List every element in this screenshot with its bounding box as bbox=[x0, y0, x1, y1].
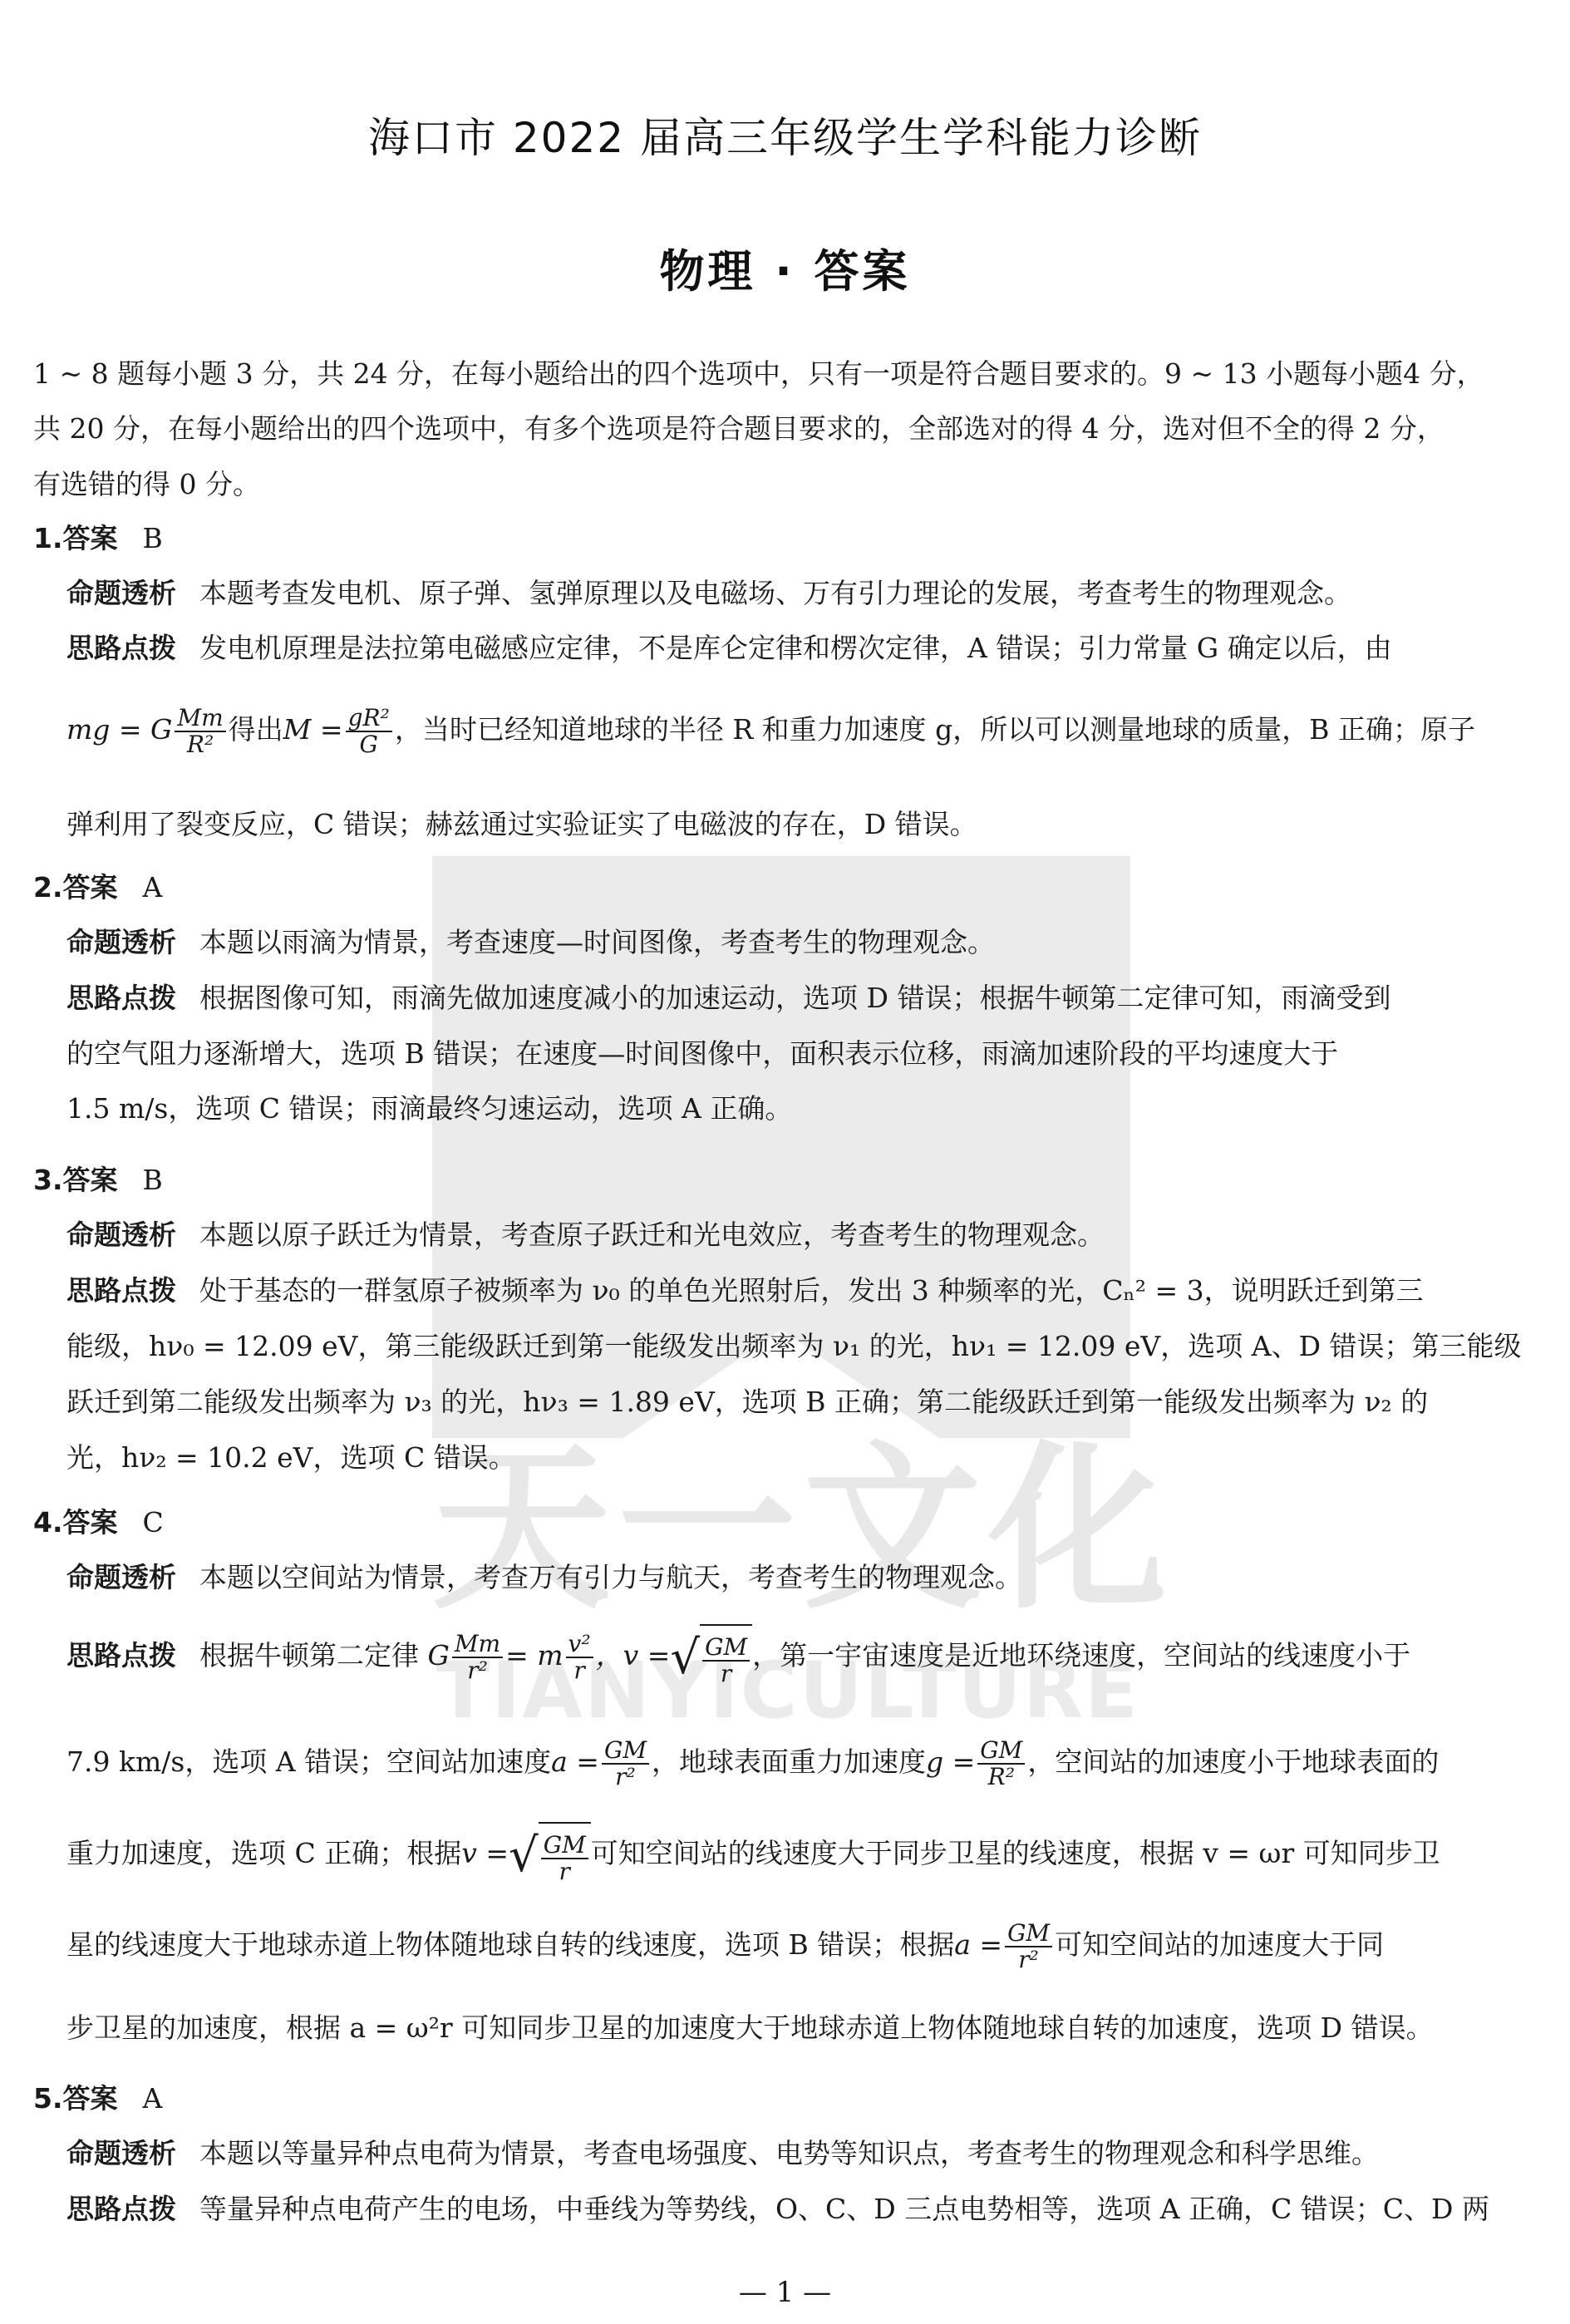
answer-label: 答案 bbox=[63, 522, 118, 554]
analysis-5: 命题透析本题以等量异种点电荷为情景，考查电场强度、电势等知识点，考查考生的物理观… bbox=[66, 2137, 1379, 2170]
instructions-line-2: 共 20 分，在每小题给出的四个选项中，有多个选项是符合题目要求的，全部选对的得… bbox=[33, 412, 1444, 446]
hint-4-line-3: 重力加速度，选项 C 正确；根据v =√GMr可知空间站的线速度大于同步卫星的线… bbox=[66, 1820, 1440, 1890]
page-number: — 1 — bbox=[0, 2276, 1570, 2309]
answer-heading-5: 5.答案A bbox=[33, 2082, 162, 2115]
analysis-4: 命题透析本题以空间站为情景，考查万有引力与航天，考查考生的物理观念。 bbox=[66, 1561, 1022, 1594]
document-subtitle: 物理 · 答案 bbox=[0, 236, 1570, 300]
answer-heading-1: 1.答案B bbox=[33, 522, 163, 555]
hint-4-line-5: 步卫星的加速度，根据 a = ω²r 可知同步卫星的加速度大于地球赤道上物体随地… bbox=[66, 2011, 1434, 2045]
hint-1-line-2: mg = GMmR²得出M =gR²G，当时已经知道地球的半径 R 和重力加速度… bbox=[66, 697, 1475, 763]
instructions-line-1: 1 ~ 8 题每小题 3 分，共 24 分，在每小题给出的四个选项中，只有一项是… bbox=[33, 357, 1484, 391]
hint-4-line-1: 思路点拨根据牛顿第二定律 GMmr²= mv²r，v =√GMr，第一宇宙速度是… bbox=[66, 1622, 1410, 1692]
hint-4-line-2: 7.9 km/s，选项 A 错误；空间站加速度a =GMr²，地球表面重力加速度… bbox=[66, 1729, 1439, 1795]
analysis-1: 命题透析本题考查发电机、原子弹、氢弹原理以及电磁场、万有引力理论的发展，考查考生… bbox=[66, 577, 1351, 610]
answer-heading-4: 4.答案C bbox=[33, 1506, 164, 1539]
hint-4-line-4: 星的线速度大于地球赤道上物体随地球自转的线速度，选项 B 错误；根据a =GMr… bbox=[66, 1912, 1384, 1978]
watermark-text-cn: 天一文化 bbox=[432, 1430, 1174, 1629]
answer-value: B bbox=[143, 522, 163, 554]
hint-3-line-1: 思路点拨处于基态的一群氢原子被频率为 ν₀ 的单色光照射后，发出 3 种频率的光… bbox=[66, 1274, 1424, 1307]
hint-2-line-3: 1.5 m/s，选项 C 错误；雨滴最终匀速运动，选项 A 正确。 bbox=[66, 1092, 792, 1125]
hint-2-line-1: 思路点拨根据图像可知，雨滴先做加速度减小的加速运动，选项 D 错误；根据牛顿第二… bbox=[66, 982, 1390, 1015]
document-title: 海口市 2022 届高三年级学生学科能力诊断 bbox=[0, 105, 1570, 165]
hint-1-line-3: 弹利用了裂变反应，C 错误；赫兹通过实验证实了电磁波的存在，D 错误。 bbox=[66, 808, 977, 841]
hint-1-line-1: 思路点拨发电机原理是法拉第电磁感应定律，不是库仑定律和楞次定律，A 错误；引力常… bbox=[66, 632, 1392, 665]
hint-3-line-2: 能级，hν₀ = 12.09 eV，第三能级跃迁到第一能级发出频率为 ν₁ 的光… bbox=[66, 1330, 1522, 1363]
hint-2-line-2: 的空气阻力逐渐增大，选项 B 错误；在速度—时间图像中，面积表示位移，雨滴加速阶… bbox=[66, 1037, 1338, 1071]
analysis-3: 命题透析本题以原子跃迁为情景，考查原子跃迁和光电效应，考查考生的物理观念。 bbox=[66, 1219, 1105, 1252]
formula-fraction: MmR² bbox=[175, 706, 225, 757]
analysis-2: 命题透析本题以雨滴为情景，考查速度—时间图像，考查考生的物理观念。 bbox=[66, 926, 995, 959]
instructions-line-3: 有选错的得 0 分。 bbox=[33, 468, 260, 501]
hint-5-line-1: 思路点拨等量异种点电荷产生的电场，中垂线为等势线，O、C、D 三点电势相等，选项… bbox=[66, 2193, 1489, 2226]
answer-heading-2: 2.答案A bbox=[33, 871, 162, 904]
answer-heading-3: 3.答案B bbox=[33, 1164, 163, 1197]
hint-3-line-4: 光，hν₂ = 10.2 eV，选项 C 错误。 bbox=[66, 1441, 516, 1475]
formula-fraction: gR²G bbox=[346, 706, 392, 757]
hint-3-line-3: 跃迁到第二能级发出频率为 ν₃ 的光，hν₃ = 1.89 eV，选项 B 正确… bbox=[66, 1386, 1428, 1419]
square-root: √GMr bbox=[670, 1623, 752, 1692]
